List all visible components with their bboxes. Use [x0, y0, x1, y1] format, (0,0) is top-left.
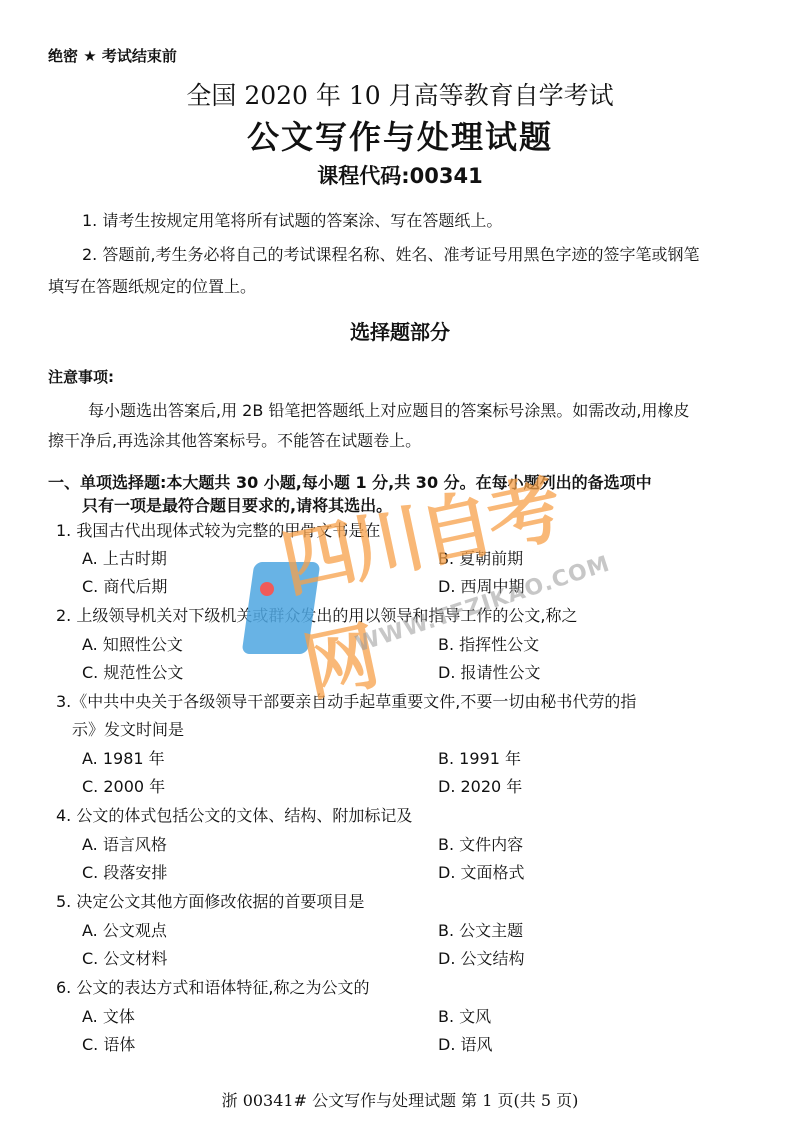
- course-code: 课程代码:00341: [0, 160, 800, 190]
- question-6-option-b: B. 文风: [438, 1004, 491, 1027]
- question-1-option-a: A. 上古时期: [82, 546, 167, 569]
- question-1-option-d: D. 西周中期: [438, 574, 525, 597]
- question-2-option-d: D. 报请性公文: [438, 660, 541, 683]
- question-4-option-b: B. 文件内容: [438, 832, 523, 855]
- instruction-2: 2. 答题前,考生务必将自己的考试课程名称、姓名、准考证号用黑色字迹的签字笔或钢…: [82, 242, 699, 265]
- question-6-option-a: A. 文体: [82, 1004, 135, 1027]
- part-one-heading-cont: 只有一项是最符合题目要求的,请将其选出。: [82, 493, 392, 516]
- question-4-option-a: A. 语言风格: [82, 832, 167, 855]
- question-3-option-b: B. 1991 年: [438, 746, 521, 769]
- question-5-option-d: D. 公文结构: [438, 946, 525, 969]
- question-5-stem: 5. 决定公文其他方面修改依据的首要项目是: [56, 889, 364, 912]
- question-5-option-c: C. 公文材料: [82, 946, 167, 969]
- notice-line-2: 擦干净后,再选涂其他答案标号。不能答在试题卷上。: [48, 428, 421, 451]
- notice-line-1: 每小题选出答案后,用 2B 铅笔把答题纸上对应题目的答案标号涂黑。如需改动,用橡…: [88, 398, 690, 421]
- question-2-option-b: B. 指挥性公文: [438, 632, 539, 655]
- question-2-stem: 2. 上级领导机关对下级机关或群众发出的用以领导和指导工作的公文,称之: [56, 603, 577, 626]
- question-5-option-a: A. 公文观点: [82, 918, 167, 941]
- instruction-2-cont: 填写在答题纸规定的位置上。: [48, 274, 256, 297]
- question-4-option-d: D. 文面格式: [438, 860, 525, 883]
- part-one-heading: 一、单项选择题:本大题共 30 小题,每小题 1 分,共 30 分。在每小题列出…: [48, 470, 652, 493]
- notice-label: 注意事项:: [48, 366, 114, 387]
- question-4-stem: 4. 公文的体式包括公文的文体、结构、附加标记及: [56, 803, 412, 826]
- question-1-option-c: C. 商代后期: [82, 574, 167, 597]
- question-3-option-d: D. 2020 年: [438, 774, 522, 797]
- question-1-option-b: B. 夏朝前期: [438, 546, 523, 569]
- subject-title: 公文写作与处理试题: [0, 112, 800, 158]
- question-2-option-c: C. 规范性公文: [82, 660, 183, 683]
- question-4-option-c: C. 段落安排: [82, 860, 167, 883]
- question-3-option-c: C. 2000 年: [82, 774, 165, 797]
- page-footer: 浙 00341# 公文写作与处理试题 第 1 页(共 5 页): [0, 1088, 800, 1111]
- question-3-stem: 3.《中共中央关于各级领导干部要亲自动手起草重要文件,不要一切由秘书代劳的指: [56, 689, 636, 712]
- question-3-option-a: A. 1981 年: [82, 746, 165, 769]
- question-2-option-a: A. 知照性公文: [82, 632, 183, 655]
- question-1-stem: 1. 我国古代出现体式较为完整的甲骨文书是在: [56, 518, 380, 541]
- exam-title: 全国 2020 年 10 月高等教育自学考试: [0, 76, 800, 112]
- instruction-1: 1. 请考生按规定用笔将所有试题的答案涂、写在答题纸上。: [82, 208, 502, 231]
- confidential-mark: 绝密 ★ 考试结束前: [48, 45, 177, 66]
- question-5-option-b: B. 公文主题: [438, 918, 523, 941]
- section-title: 选择题部分: [0, 316, 800, 345]
- question-6-option-d: D. 语风: [438, 1032, 493, 1055]
- watermark-dot-icon: [260, 582, 274, 596]
- question-6-stem: 6. 公文的表达方式和语体特征,称之为公文的: [56, 975, 369, 998]
- question-3-stem-cont: 示》发文时间是: [72, 717, 184, 740]
- question-6-option-c: C. 语体: [82, 1032, 135, 1055]
